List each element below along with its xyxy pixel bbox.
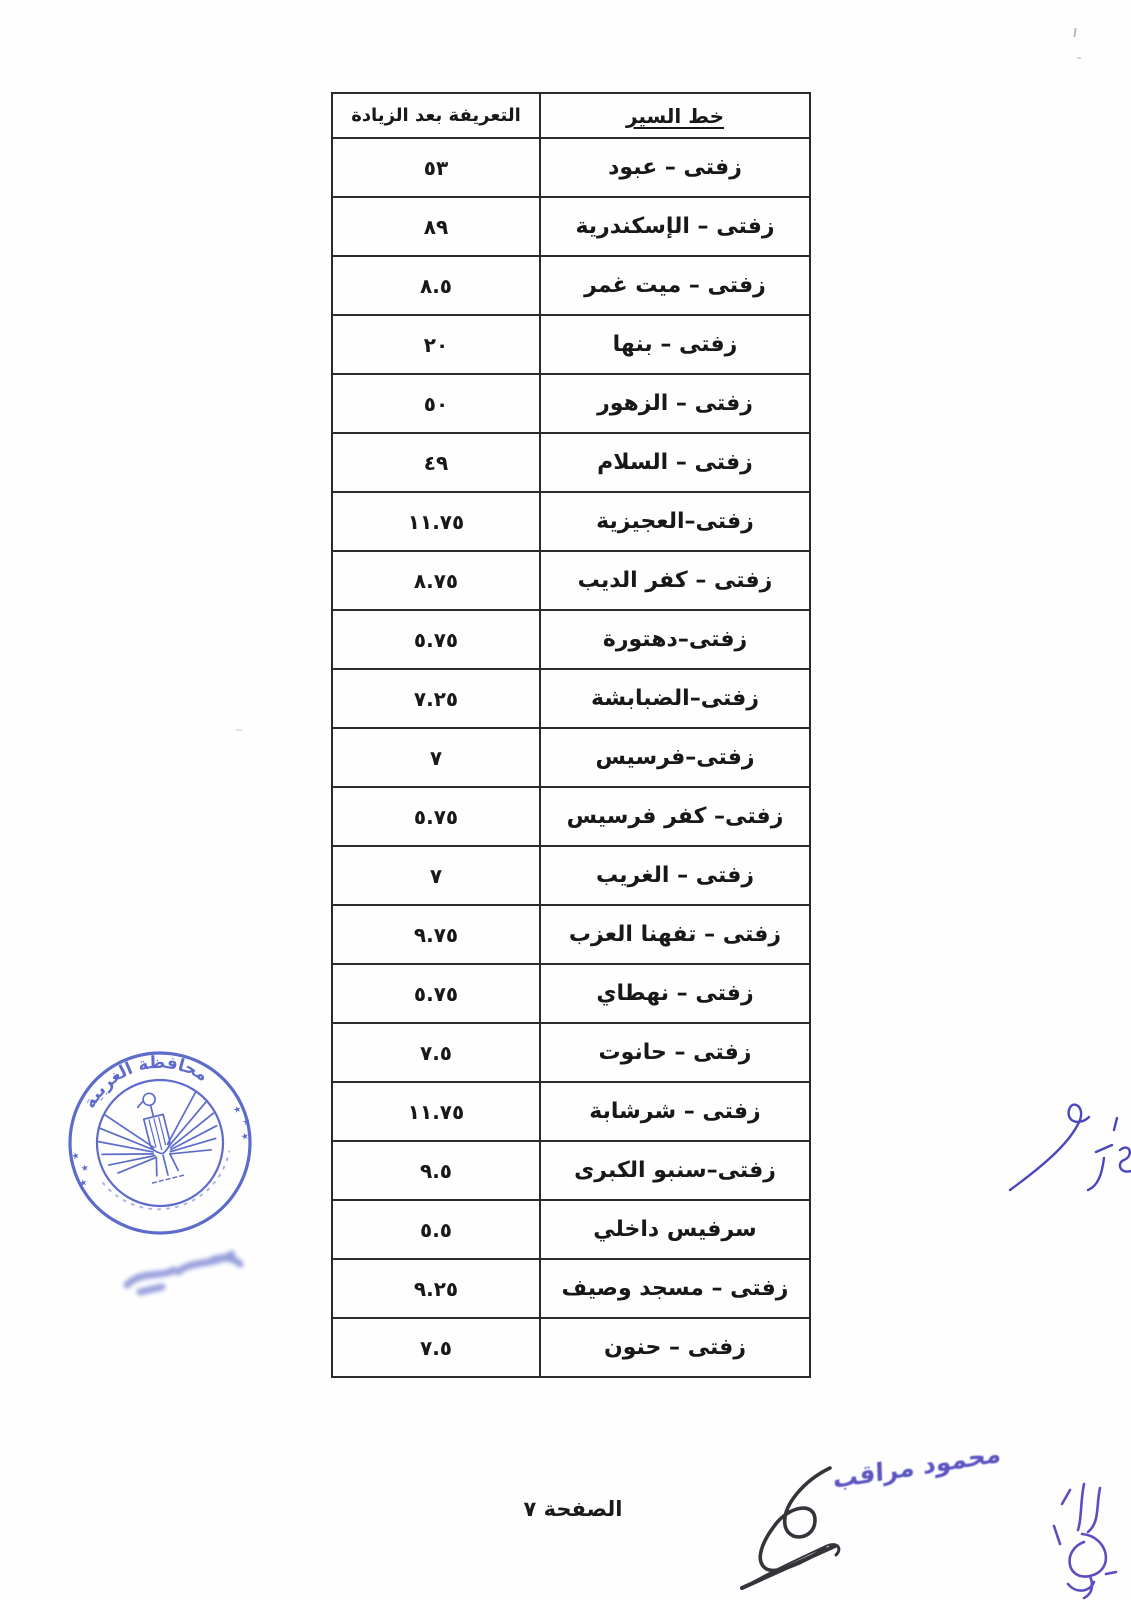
route-cell: زفتى – السلام	[540, 433, 810, 492]
route-cell: زفتى – ميت غمر	[540, 256, 810, 315]
table-row: زفتى–دهتورة ٥.٧٥	[332, 610, 810, 669]
tariff-cell: ٥.٥	[332, 1200, 540, 1259]
stamp-title-text: محافظة الغربية	[72, 1039, 214, 1115]
table-row: زفتى – كفر الديب ٨.٧٥	[332, 551, 810, 610]
table-row: زفتى – حنون ٧.٥	[332, 1318, 810, 1377]
eagle-emblem-icon	[90, 1079, 226, 1193]
fare-table-body: زفتى – عبود ٥٣ زفتى – الإسكندرية ٨٩ زفتى…	[332, 138, 810, 1377]
tariff-cell: ١١.٧٥	[332, 1082, 540, 1141]
page-number: الصفحة ٧	[518, 1497, 628, 1521]
svg-text:★: ★	[71, 1151, 81, 1163]
route-cell: زفتى – حنون	[540, 1318, 810, 1377]
table-row: زفتى – تفهنا العزب ٩.٧٥	[332, 905, 810, 964]
scan-artifact	[1073, 28, 1076, 37]
scan-artifact	[236, 729, 242, 731]
tariff-cell: ٧.٢٥	[332, 669, 540, 728]
signature-bottom-right	[1032, 1478, 1127, 1600]
route-cell: زفتى – شرشابة	[540, 1082, 810, 1141]
route-cell: زفتى – حانوت	[540, 1023, 810, 1082]
tariff-cell: ٧.٥	[332, 1023, 540, 1082]
svg-text:★: ★	[78, 1178, 88, 1190]
svg-text:محافظة الغربية: محافظة الغربية	[72, 1039, 214, 1115]
route-cell: زفتى – الغريب	[540, 846, 810, 905]
tariff-cell: ٧	[332, 846, 540, 905]
route-cell: زفتى – الإسكندرية	[540, 197, 810, 256]
scan-artifact	[1077, 57, 1081, 59]
tariff-cell: ٥.٧٥	[332, 787, 540, 846]
ink-smudge	[112, 1230, 262, 1305]
route-cell: زفتى–دهتورة	[540, 610, 810, 669]
tariff-cell: ٩.٥	[332, 1141, 540, 1200]
tariff-cell: ٥.٧٥	[332, 610, 540, 669]
route-column-header-label: خط السير	[626, 104, 724, 128]
tariff-cell: ٧	[332, 728, 540, 787]
table-row: زفتى– كفر فرسيس ٥.٧٥	[332, 787, 810, 846]
route-cell: زفتى – مسجد وصيف	[540, 1259, 810, 1318]
tariff-cell: ١١.٧٥	[332, 492, 540, 551]
route-cell: زفتى – الزهور	[540, 374, 810, 433]
table-row: سرفيس داخلي ٥.٥	[332, 1200, 810, 1259]
table-row: زفتى – الإسكندرية ٨٩	[332, 197, 810, 256]
route-cell: زفتى– كفر فرسيس	[540, 787, 810, 846]
route-cell: زفتى – بنها	[540, 315, 810, 374]
tariff-cell: ٩.٧٥	[332, 905, 540, 964]
route-cell: زفتى – عبود	[540, 138, 810, 197]
route-cell: زفتى–العجيزية	[540, 492, 810, 551]
fare-table: خط السير التعريفة بعد الزيادة زفتى – عبو…	[331, 92, 811, 1378]
handwritten-inspector-name: محمود مراقب	[823, 1437, 1012, 1496]
tariff-cell: ٢٠	[332, 315, 540, 374]
tariff-cell: ٧.٥	[332, 1318, 540, 1377]
route-cell: زفتى – كفر الديب	[540, 551, 810, 610]
tariff-cell: ٤٩	[332, 433, 540, 492]
tariff-column-header: التعريفة بعد الزيادة	[332, 93, 540, 138]
table-row: زفتى–الضبابشة ٧.٢٥	[332, 669, 810, 728]
scanned-document-page: خط السير التعريفة بعد الزيادة زفتى – عبو…	[0, 0, 1131, 1600]
tariff-cell: ٨٩	[332, 197, 540, 256]
table-row: زفتى – نهطاي ٥.٧٥	[332, 964, 810, 1023]
table-row: زفتى – حانوت ٧.٥	[332, 1023, 810, 1082]
route-cell: زفتى – تفهنا العزب	[540, 905, 810, 964]
tariff-cell: ٥٠	[332, 374, 540, 433]
route-column-header: خط السير	[540, 93, 810, 138]
route-cell: زفتى – نهطاي	[540, 964, 810, 1023]
table-row: زفتى – الغريب ٧	[332, 846, 810, 905]
table-row: زفتى – مسجد وصيف ٩.٢٥	[332, 1259, 810, 1318]
table-row: زفتى – عبود ٥٣	[332, 138, 810, 197]
route-cell: زفتى–فرسيس	[540, 728, 810, 787]
route-cell: سرفيس داخلي	[540, 1200, 810, 1259]
table-row: زفتى – السلام ٤٩	[332, 433, 810, 492]
fare-table-header: خط السير التعريفة بعد الزيادة	[332, 93, 810, 138]
table-row: زفتى–سنبو الكبرى ٩.٥	[332, 1141, 810, 1200]
table-row: زفتى – الزهور ٥٠	[332, 374, 810, 433]
table-row: زفتى – شرشابة ١١.٧٥	[332, 1082, 810, 1141]
signature-middle-right	[1000, 1072, 1131, 1212]
table-row: زفتى–العجيزية ١١.٧٥	[332, 492, 810, 551]
table-row: زفتى – ميت غمر ٨.٥	[332, 256, 810, 315]
tariff-cell: ٨.٧٥	[332, 551, 540, 610]
svg-text:★: ★	[80, 1163, 90, 1175]
governorate-stamp-icon: محافظة الغربية ★★★ ★★★	[55, 1038, 265, 1248]
route-cell: زفتى–سنبو الكبرى	[540, 1141, 810, 1200]
tariff-cell: ٥٣	[332, 138, 540, 197]
table-header-row: خط السير التعريفة بعد الزيادة	[332, 93, 810, 138]
tariff-cell: ٩.٢٥	[332, 1259, 540, 1318]
tariff-cell: ٥.٧٥	[332, 964, 540, 1023]
table-row: زفتى–فرسيس ٧	[332, 728, 810, 787]
tariff-cell: ٨.٥	[332, 256, 540, 315]
route-cell: زفتى–الضبابشة	[540, 669, 810, 728]
svg-text:★: ★	[242, 1117, 252, 1129]
table-row: زفتى – بنها ٢٠	[332, 315, 810, 374]
